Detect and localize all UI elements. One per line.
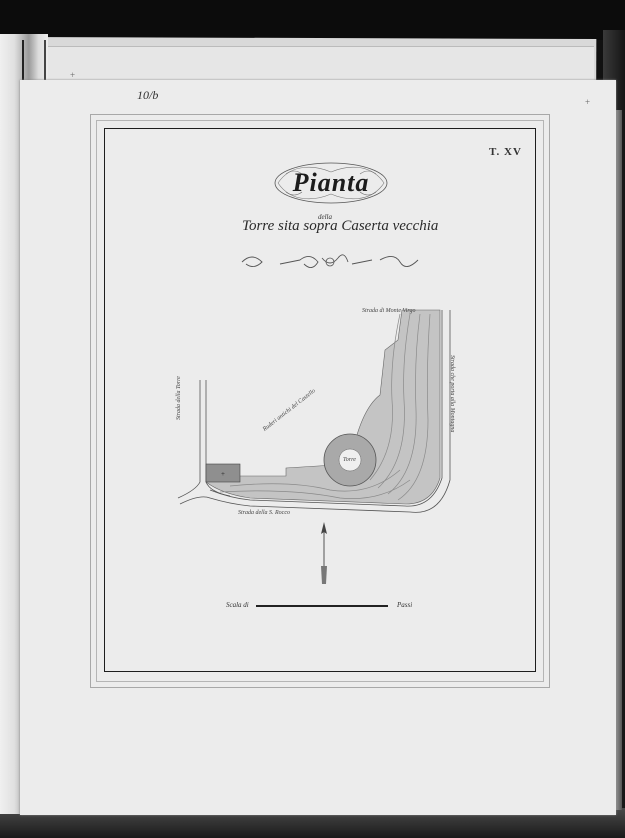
shelfmark: 10/b [137, 88, 158, 103]
plate-number: T. XV [489, 146, 522, 158]
scale-label: Scala di [226, 601, 249, 609]
corner-mark: + [70, 70, 75, 80]
building-marker: + [221, 470, 225, 478]
decorative-flourish-icon [240, 250, 420, 272]
title-cartouche: Pianta [272, 160, 390, 206]
photo-scene: 10/b + + T. XV Pianta della Torre sita s… [0, 0, 625, 838]
map-title: Pianta [272, 160, 390, 206]
site-plan: + [170, 300, 460, 530]
label-strada-monte: Strada di Monte Virgo [362, 308, 416, 314]
dark-background-top [0, 0, 625, 40]
label-tower: Torre [343, 457, 356, 463]
corner-mark: + [585, 97, 590, 107]
north-arrow-icon [318, 522, 330, 586]
scale-bar [256, 605, 388, 607]
map-subtitle: Torre sita sopra Caserta vecchia [242, 218, 438, 235]
label-right-road: Strada che porta alla Montagna [449, 355, 455, 432]
label-bottom-road: Strada della S. Rocco [238, 510, 290, 516]
scale-unit: Passi [397, 601, 412, 609]
label-left-road: Strada della Torre [176, 376, 182, 420]
